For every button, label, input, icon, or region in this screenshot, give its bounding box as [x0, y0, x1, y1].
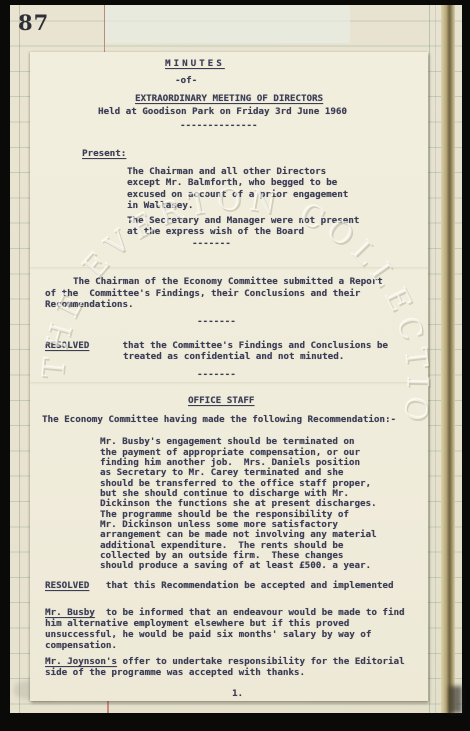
typed-line: treated as confidential and not minuted. [123, 352, 344, 362]
ledger-edge-line [19, 5, 20, 713]
typed-line: as Secretary to Mr. Carey terminated and… [100, 468, 343, 478]
ledger-column-line [429, 5, 430, 713]
ledger-margin-line-top [104, 5, 105, 53]
typed-line: The Economy Committee having made the fo… [42, 415, 396, 425]
typed-line: RESOLVED that this Recommendation be acc… [45, 581, 394, 591]
scan-light-patch [105, 5, 350, 43]
typed-line: arrangement can be made not involving an… [100, 530, 377, 540]
typed-line: RESOLVED that the Committee's Findings a… [45, 341, 388, 351]
typed-line: -------------- [180, 121, 257, 131]
typed-line: Present: [82, 149, 126, 159]
typed-line: excused on account of a prior engagement [127, 190, 348, 200]
typed-line: Mr. Joynson's offer to undertake respons… [45, 657, 405, 667]
ledger-margin-line-bottom [107, 700, 109, 713]
typed-line: OFFICE STAFF [188, 396, 254, 406]
typed-line: him alternative employment elsewhere but… [45, 619, 349, 629]
typed-line: Mr. Busby's engagement should be termina… [100, 437, 354, 447]
ledger-page-number: 87 [18, 10, 49, 35]
typed-line: unsuccessful, he would be paid six month… [45, 630, 371, 640]
minutes-sheet: MINUTES-of-EXTRAORDINARY MEETING OF DIRE… [30, 52, 428, 701]
typed-line: ------- [197, 370, 236, 380]
typed-line: of the Committee's Findings, their Concl… [45, 289, 360, 299]
binding-gutter [441, 5, 455, 713]
typed-line: in Wallasey. [127, 201, 193, 211]
typed-line: at the express wish of the Board [127, 227, 304, 237]
ledger-column-line-faint [435, 5, 436, 713]
typed-line: side of the programme was accepted with … [45, 668, 305, 678]
typed-line: ------- [197, 317, 236, 327]
typed-line: Recommendations. [45, 300, 134, 310]
typed-line: MINUTES [165, 59, 225, 69]
typed-line: The Chairman and all other Directors [127, 167, 326, 177]
typed-line: The Chairman of the Economy Committee su… [73, 277, 383, 287]
typed-line: Mr. Busby to be informed that an endeavo… [45, 608, 405, 618]
scanned-minutes-photo: 87 MINUTES-of-EXTRAORDINARY MEETING OF D… [0, 0, 470, 731]
typed-line: Held at Goodison Park on Friday 3rd June… [98, 107, 347, 117]
typed-line: ------- [192, 239, 231, 249]
typed-line: EXTRAORDINARY MEETING OF DIRECTORS [135, 94, 323, 104]
scan-shadow-corner [449, 686, 462, 713]
typed-line: should produce a saving of at least £500… [100, 561, 371, 571]
typed-line: compensation. [45, 641, 117, 651]
typed-line: Dickinson the functions she at present d… [100, 499, 377, 509]
paper-crease [30, 382, 428, 385]
typed-line: except Mr. Balmforth, who begged to be [127, 178, 337, 188]
paper-crease [30, 267, 428, 270]
typed-line: -of- [175, 76, 197, 86]
typed-line: The Secretary and Manager were not prese… [127, 216, 359, 226]
typed-line: 1. [232, 689, 243, 699]
